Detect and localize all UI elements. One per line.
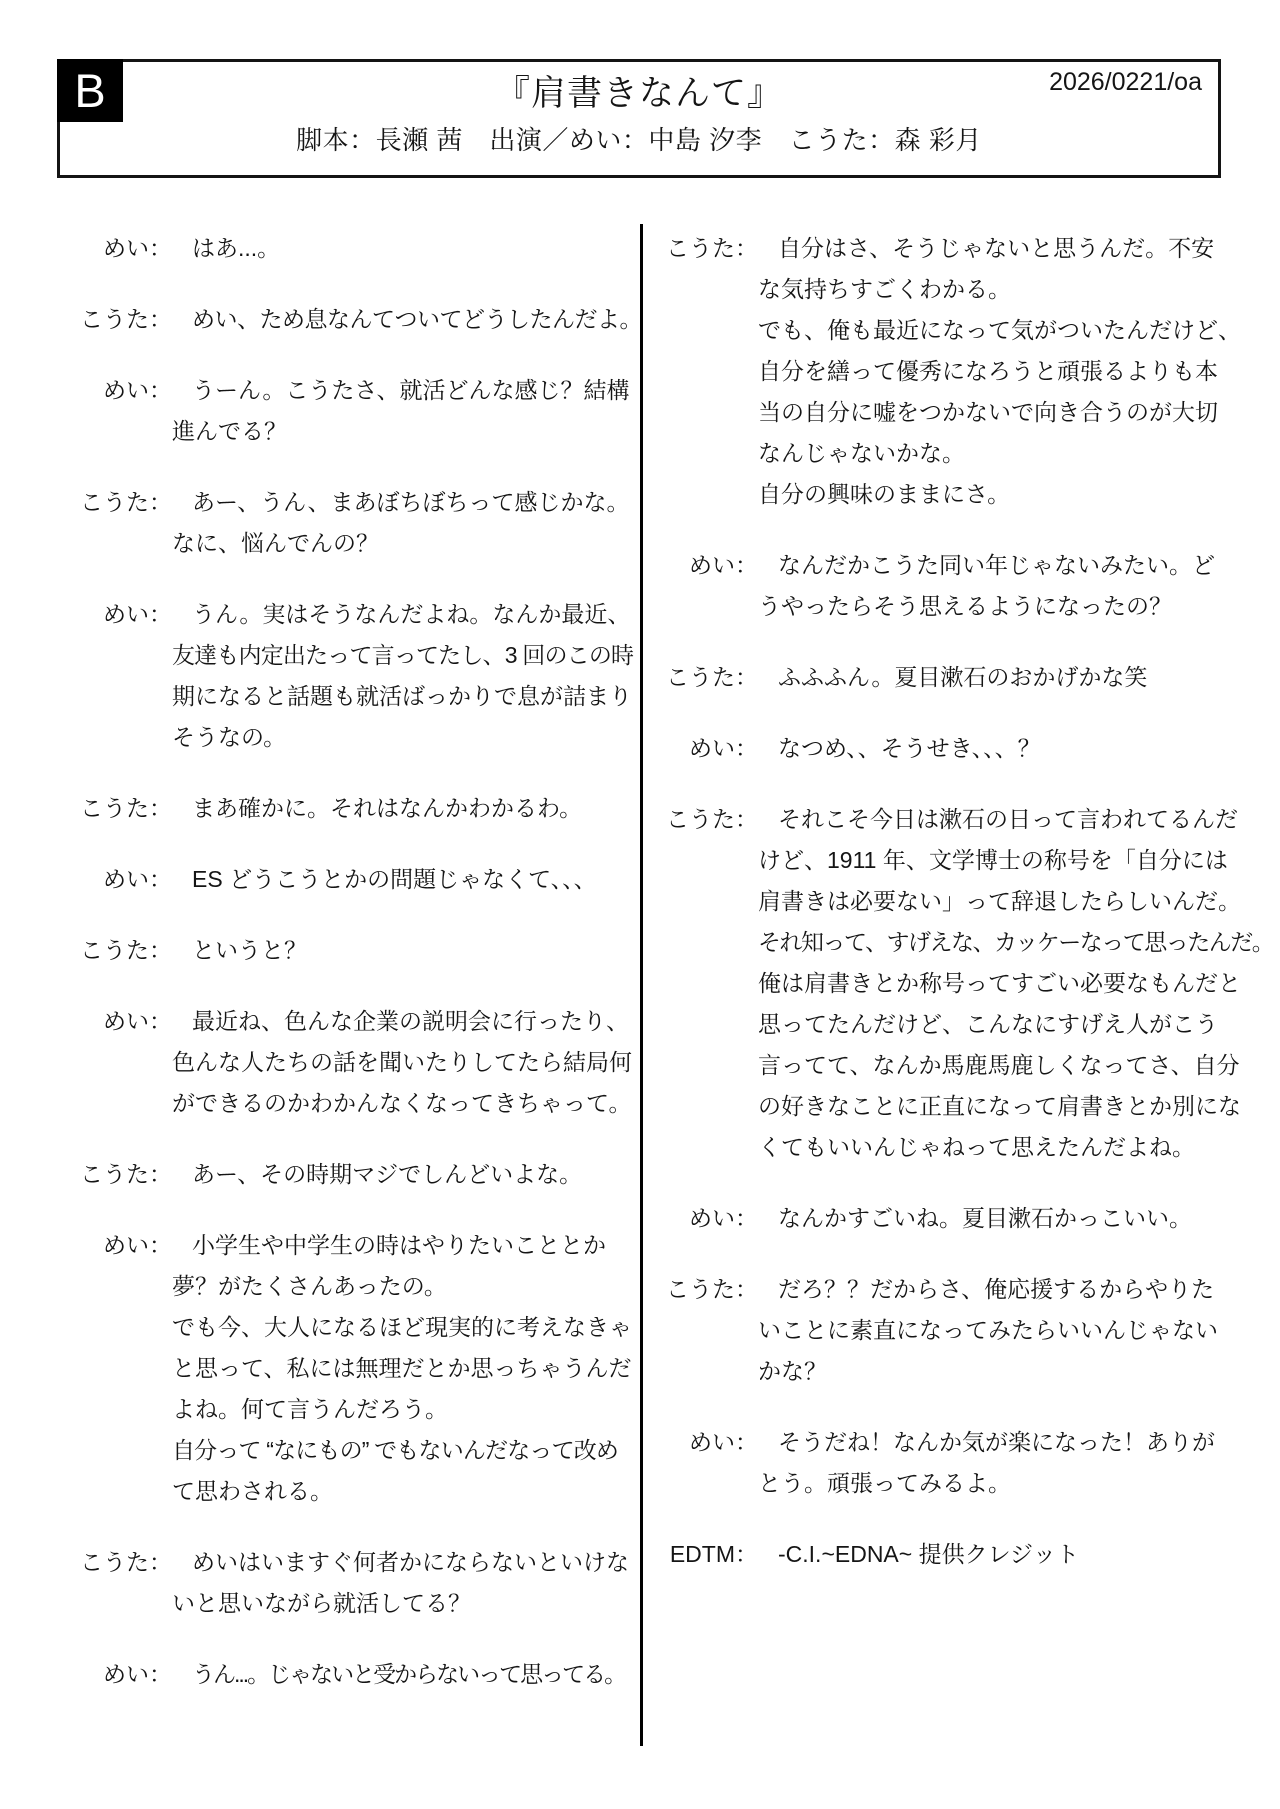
dialogue-line: うやったらそう思えるようになったの？	[758, 586, 1274, 627]
dialogue-line: ES どうこうとかの問題じゃなくて、、、	[172, 859, 638, 900]
speaker-label: めい：	[60, 1001, 172, 1124]
dialogue-line: 最近ね、色んな企業の説明会に行ったり、	[172, 1001, 638, 1042]
dialogue-entry: こうた：自分はさ、そうじゃないと思うんだ。不安な気持ちすごくわかる。でも、俺も最…	[648, 228, 1274, 515]
dialogue-line: なんかすごいね。夏目漱石かっこいい。	[758, 1198, 1274, 1239]
credits-line: 脚本：長瀬 茜 出演／めい：中島 汐李 こうた：森 彩月	[60, 120, 1218, 157]
speaker-label: めい：	[60, 859, 172, 900]
dialogue-line: めいはいますぐ何者かにならないといけな	[172, 1542, 638, 1583]
dialogue-body: はあ...。	[172, 228, 638, 269]
dialogue-line: なつめ、、そうせき、、、？	[758, 728, 1274, 769]
script-column-left: めい：はあ...。こうた：めい、ため息なんてついてどうしたんだよ。めい：うーん。…	[60, 228, 638, 1725]
speaker-label: めい：	[60, 1225, 172, 1512]
dialogue-line: けど、1911 年、文学博士の称号を「自分には	[758, 840, 1274, 881]
page-title: 『肩書きなんて』	[60, 66, 1218, 116]
dialogue-entry: めい：うん。実はそうなんだよね。なんか最近、友達も内定出たって言ってたし、3 回…	[60, 594, 638, 758]
script-column-right: こうた：自分はさ、そうじゃないと思うんだ。不安な気持ちすごくわかる。でも、俺も最…	[648, 228, 1274, 1605]
speaker-label: こうた：	[60, 1154, 172, 1195]
dialogue-body: あー、その時期マジでしんどいよな。	[172, 1154, 638, 1195]
dialogue-line: 小学生や中学生の時はやりたいこととか	[172, 1225, 638, 1266]
speaker-label: めい：	[648, 1422, 758, 1504]
dialogue-line: あー、うん、まあぼちぼちって感じかな。	[172, 482, 638, 523]
air-date: 2026/0221/oa	[1049, 68, 1202, 97]
dialogue-entry: めい：小学生や中学生の時はやりたいこととか夢？がたくさんあったの。でも今、大人に…	[60, 1225, 638, 1512]
dialogue-line: て思わされる。	[172, 1471, 638, 1512]
dialogue-body: まあ確かに。それはなんかわかるわ。	[172, 788, 638, 829]
dialogue-line: 自分を繕って優秀になろうと頑張るよりも本	[758, 351, 1274, 392]
speaker-label: こうた：	[60, 299, 172, 340]
dialogue-line: 自分はさ、そうじゃないと思うんだ。不安	[758, 228, 1274, 269]
dialogue-line: 自分って “なにもの” でもないんだなって改め	[172, 1430, 638, 1471]
dialogue-entry: こうた：めいはいますぐ何者かにならないといけないと思いながら就活してる？	[60, 1542, 638, 1624]
dialogue-line: 自分の興味のままにさ。	[758, 474, 1274, 515]
dialogue-line: かな？	[758, 1351, 1274, 1392]
speaker-label: めい：	[60, 1654, 172, 1695]
dialogue-line: それ知って、すげえな、カッケーなって思ったんだ。	[758, 922, 1274, 963]
dialogue-entry: こうた：あー、その時期マジでしんどいよな。	[60, 1154, 638, 1195]
dialogue-body: 小学生や中学生の時はやりたいこととか夢？がたくさんあったの。でも今、大人になるほ…	[172, 1225, 638, 1512]
column-divider	[640, 224, 643, 1746]
dialogue-entry: こうた：あー、うん、まあぼちぼちって感じかな。なに、悩んでんの？	[60, 482, 638, 564]
dialogue-body: うん。実はそうなんだよね。なんか最近、友達も内定出たって言ってたし、3 回のこの…	[172, 594, 638, 758]
dialogue-entry: EDTM：-C.I.~EDNA~ 提供クレジット	[648, 1534, 1274, 1575]
dialogue-body: なつめ、、そうせき、、、？	[758, 728, 1274, 769]
dialogue-line: ができるのかわかんなくなってきちゃって。	[172, 1083, 638, 1124]
speaker-label: こうた：	[60, 930, 172, 971]
dialogue-line: 言ってて、なんか馬鹿馬鹿しくなってさ、自分	[758, 1045, 1274, 1086]
dialogue-line: 当の自分に嘘をつかないで向き合うのが大切	[758, 392, 1274, 433]
speaker-label: めい：	[648, 545, 758, 627]
dialogue-line: な気持ちすごくわかる。	[758, 269, 1274, 310]
speaker-label: めい：	[648, 1198, 758, 1239]
dialogue-body: あー、うん、まあぼちぼちって感じかな。なに、悩んでんの？	[172, 482, 638, 564]
dialogue-body: なんかすごいね。夏目漱石かっこいい。	[758, 1198, 1274, 1239]
dialogue-line: うん。実はそうなんだよね。なんか最近、	[172, 594, 638, 635]
dialogue-line: 夢？がたくさんあったの。	[172, 1266, 638, 1307]
dialogue-line: あー、その時期マジでしんどいよな。	[172, 1154, 638, 1195]
dialogue-line: 色んな人たちの話を聞いたりしてたら結局何	[172, 1042, 638, 1083]
dialogue-body: なんだかこうた同い年じゃないみたい。どうやったらそう思えるようになったの？	[758, 545, 1274, 627]
dialogue-entry: こうた：まあ確かに。それはなんかわかるわ。	[60, 788, 638, 829]
dialogue-entry: めい：そうだね！なんか気が楽になった！ありがとう。頑張ってみるよ。	[648, 1422, 1274, 1504]
dialogue-line: めい、ため息なんてついてどうしたんだよ。	[172, 299, 638, 340]
speaker-label: こうた：	[60, 1542, 172, 1624]
dialogue-line: でも今、大人になるほど現実的に考えなきゃ	[172, 1307, 638, 1348]
dialogue-line: なに、悩んでんの？	[172, 523, 638, 564]
dialogue-body: めいはいますぐ何者かにならないといけないと思いながら就活してる？	[172, 1542, 638, 1624]
speaker-label: こうた：	[648, 228, 758, 515]
dialogue-body: それこそ今日は漱石の日って言われてるんだけど、1911 年、文学博士の称号を「自…	[758, 799, 1274, 1168]
dialogue-line: それこそ今日は漱石の日って言われてるんだ	[758, 799, 1274, 840]
dialogue-line: そうなの。	[172, 717, 638, 758]
speaker-label: こうた：	[648, 1269, 758, 1392]
dialogue-entry: こうた：それこそ今日は漱石の日って言われてるんだけど、1911 年、文学博士の称…	[648, 799, 1274, 1168]
dialogue-line: なんじゃないかな。	[758, 433, 1274, 474]
dialogue-body: めい、ため息なんてついてどうしたんだよ。	[172, 299, 638, 340]
dialogue-body: うーん。こうたさ、就活どんな感じ？結構進んでる？	[172, 370, 638, 452]
dialogue-body: ES どうこうとかの問題じゃなくて、、、	[172, 859, 638, 900]
dialogue-entry: めい：ES どうこうとかの問題じゃなくて、、、	[60, 859, 638, 900]
dialogue-line: 肩書きは必要ない」って辞退したらしいんだ。	[758, 881, 1274, 922]
dialogue-line: と思って、私には無理だとか思っちゃうんだ	[172, 1348, 638, 1389]
dialogue-body: -C.I.~EDNA~ 提供クレジット	[758, 1534, 1274, 1575]
dialogue-entry: こうた：だろ？？だからさ、俺応援するからやりたいことに素直になってみたらいいんじ…	[648, 1269, 1274, 1392]
dialogue-body: だろ？？だからさ、俺応援するからやりたいことに素直になってみたらいいんじゃないか…	[758, 1269, 1274, 1392]
dialogue-line: いことに素直になってみたらいいんじゃない	[758, 1310, 1274, 1351]
dialogue-entry: こうた：ふふふん。夏目漱石のおかげかな笑	[648, 657, 1274, 698]
dialogue-line: よね。何て言うんだろう。	[172, 1389, 638, 1430]
dialogue-body: 最近ね、色んな企業の説明会に行ったり、色んな人たちの話を聞いたりしてたら結局何が…	[172, 1001, 638, 1124]
dialogue-line: 進んでる？	[172, 411, 638, 452]
dialogue-line: うーん。こうたさ、就活どんな感じ？結構	[172, 370, 638, 411]
dialogue-line: でも、俺も最近になって気がついたんだけど、	[758, 310, 1274, 351]
dialogue-body: うん...。じゃないと受からないって思ってる。	[172, 1654, 638, 1695]
dialogue-line: はあ...。	[172, 228, 638, 269]
dialogue-entry: めい：なんだかこうた同い年じゃないみたい。どうやったらそう思えるようになったの？	[648, 545, 1274, 627]
speaker-label: めい：	[648, 728, 758, 769]
dialogue-entry: めい：はあ...。	[60, 228, 638, 269]
dialogue-line: 期になると話題も就活ばっかりで息が詰まり	[172, 676, 638, 717]
dialogue-entry: めい：最近ね、色んな企業の説明会に行ったり、色んな人たちの話を聞いたりしてたら結…	[60, 1001, 638, 1124]
dialogue-line: なんだかこうた同い年じゃないみたい。ど	[758, 545, 1274, 586]
dialogue-body: そうだね！なんか気が楽になった！ありがとう。頑張ってみるよ。	[758, 1422, 1274, 1504]
dialogue-line: そうだね！なんか気が楽になった！ありが	[758, 1422, 1274, 1463]
dialogue-entry: こうた：めい、ため息なんてついてどうしたんだよ。	[60, 299, 638, 340]
script-page: B 『肩書きなんて』 2026/0221/oa 脚本：長瀬 茜 出演／めい：中島…	[0, 0, 1280, 1809]
dialogue-line: 友達も内定出たって言ってたし、3 回のこの時	[172, 635, 638, 676]
dialogue-line: くてもいいんじゃねって思えたんだよね。	[758, 1127, 1274, 1168]
dialogue-line: だろ？？だからさ、俺応援するからやりた	[758, 1269, 1274, 1310]
dialogue-body: 自分はさ、そうじゃないと思うんだ。不安な気持ちすごくわかる。でも、俺も最近になっ…	[758, 228, 1274, 515]
speaker-label: こうた：	[60, 788, 172, 829]
speaker-label: EDTM：	[648, 1534, 758, 1575]
dialogue-line: とう。頑張ってみるよ。	[758, 1463, 1274, 1504]
dialogue-line: ふふふん。夏目漱石のおかげかな笑	[758, 657, 1274, 698]
dialogue-line: というと？	[172, 930, 638, 971]
speaker-label: こうた：	[648, 799, 758, 1168]
speaker-label: めい：	[60, 228, 172, 269]
dialogue-body: ふふふん。夏目漱石のおかげかな笑	[758, 657, 1274, 698]
dialogue-line: いと思いながら就活してる？	[172, 1583, 638, 1624]
dialogue-entry: こうた：というと？	[60, 930, 638, 971]
header-box: B 『肩書きなんて』 2026/0221/oa 脚本：長瀬 茜 出演／めい：中島…	[57, 59, 1221, 178]
dialogue-body: というと？	[172, 930, 638, 971]
dialogue-entry: めい：うーん。こうたさ、就活どんな感じ？結構進んでる？	[60, 370, 638, 452]
dialogue-line: の好きなことに正直になって肩書きとか別にな	[758, 1086, 1274, 1127]
dialogue-line: 俺は肩書きとか称号ってすごい必要なもんだと	[758, 963, 1274, 1004]
dialogue-line: うん...。じゃないと受からないって思ってる。	[172, 1654, 638, 1695]
speaker-label: めい：	[60, 370, 172, 452]
dialogue-entry: めい：うん...。じゃないと受からないって思ってる。	[60, 1654, 638, 1695]
dialogue-line: まあ確かに。それはなんかわかるわ。	[172, 788, 638, 829]
dialogue-line: 思ってたんだけど、こんなにすげえ人がこう	[758, 1004, 1274, 1045]
dialogue-entry: めい：なんかすごいね。夏目漱石かっこいい。	[648, 1198, 1274, 1239]
speaker-label: こうた：	[60, 482, 172, 564]
dialogue-entry: めい：なつめ、、そうせき、、、？	[648, 728, 1274, 769]
speaker-label: めい：	[60, 594, 172, 758]
speaker-label: こうた：	[648, 657, 758, 698]
dialogue-line: -C.I.~EDNA~ 提供クレジット	[758, 1534, 1274, 1575]
